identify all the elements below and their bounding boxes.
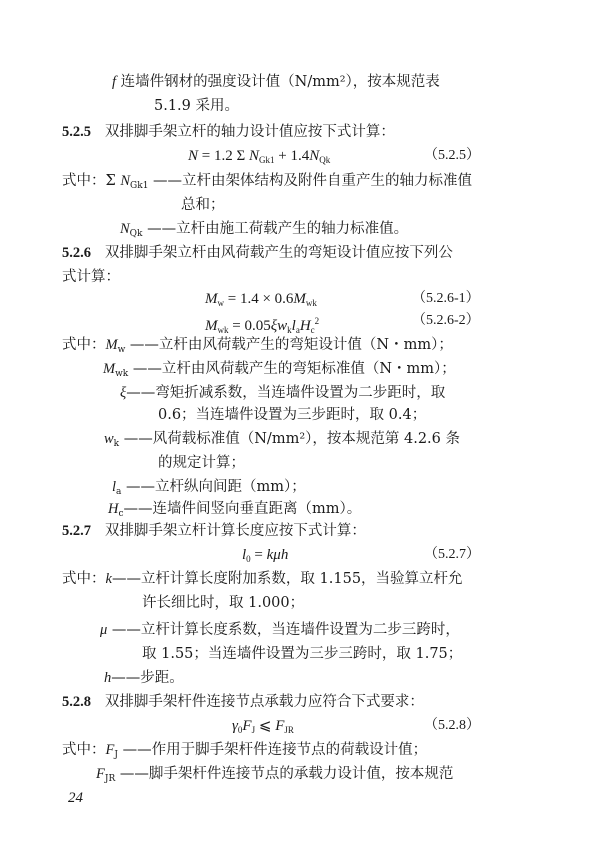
where-wk: wk ——风荷载标准值（N/mm²），按本规范第 4.2.6 条 (104, 429, 460, 454)
where-h: h——步距。 (104, 668, 184, 688)
clause-5-2-7: 5.2.7 双排脚手架立杆计算长度应按下式计算： (62, 521, 366, 541)
where-sum-ngk1-cont: 总和； (181, 195, 225, 215)
clause-5-2-6-cont: 式计算： (62, 267, 120, 287)
equation-number: （5.2.6-1） (412, 289, 480, 309)
definition-f: f 连墙件钢材的强度设计值（N/mm²），按本规范表 (112, 72, 440, 92)
where-mw: 式中：Mw ——立杆由风荷载产生的弯矩设计值（N・mm）； (62, 335, 453, 360)
where-mwk: Mwk ——立杆由风荷载产生的弯矩标准值（N・mm）； (103, 359, 456, 384)
where-fj: 式中：FJ ——作用于脚手架杆件连接节点的荷载设计值； (62, 740, 427, 765)
where-k-cont: 许长细比时，取 1.000； (142, 593, 304, 613)
where-sum-ngk1: 式中：Σ NGk1 ——立杆由架体结构及附件自重产生的轴力标准值 (62, 171, 472, 196)
equation-5-2-7: l0 = kμh (242, 545, 288, 569)
equation-5-2-5: N = 1.2 Σ NGk1 + 1.4NQk (188, 146, 330, 170)
definition-f-cont: 5.1.9 采用。 (154, 96, 239, 116)
where-nqk: NQk ——立杆由施工荷载产生的轴力标准值。 (120, 219, 408, 244)
symbol-f: f (112, 74, 116, 90)
where-fjr: FJR ——脚手架杆件连接节点的承载力设计值，按本规范 (96, 764, 453, 789)
equation-number: （5.2.5） (424, 146, 480, 166)
equation-number: （5.2.7） (424, 545, 480, 565)
clause-5-2-8: 5.2.8 双排脚手架杆件连接节点承载力应符合下式要求： (62, 692, 424, 712)
where-wk-cont: 的规定计算； (158, 453, 245, 473)
equation-number: （5.2.6-2） (412, 311, 480, 331)
where-mu: μ ——立杆计算长度系数，当连墙件设置为二步三跨时， (100, 620, 460, 640)
where-xi-cont: 0.6；当连墙件设置为三步距时，取 0.4； (158, 405, 426, 425)
page-number: 24 (68, 790, 83, 807)
where-xi: ξ——弯矩折减系数，当连墙件设置为二步距时，取 (120, 383, 445, 403)
equation-5-2-8: γ0FJ ⩽ FJR (232, 716, 294, 740)
equation-5-2-6-1: Mw = 1.4 × 0.6Mwk (205, 289, 317, 313)
clause-5-2-6: 5.2.6 双排脚手架立杆由风荷载产生的弯矩设计值应按下列公 (62, 243, 453, 263)
where-mu-cont: 取 1.55；当连墙件设置为三步三跨时，取 1.75； (142, 644, 462, 664)
equation-number: （5.2.8） (424, 716, 480, 736)
where-k: 式中：k——立杆计算长度附加系数，取 1.155，当验算立杆允 (62, 569, 463, 589)
clause-5-2-5: 5.2.5 双排脚手架立杆的轴力设计值应按下式计算： (62, 122, 395, 142)
